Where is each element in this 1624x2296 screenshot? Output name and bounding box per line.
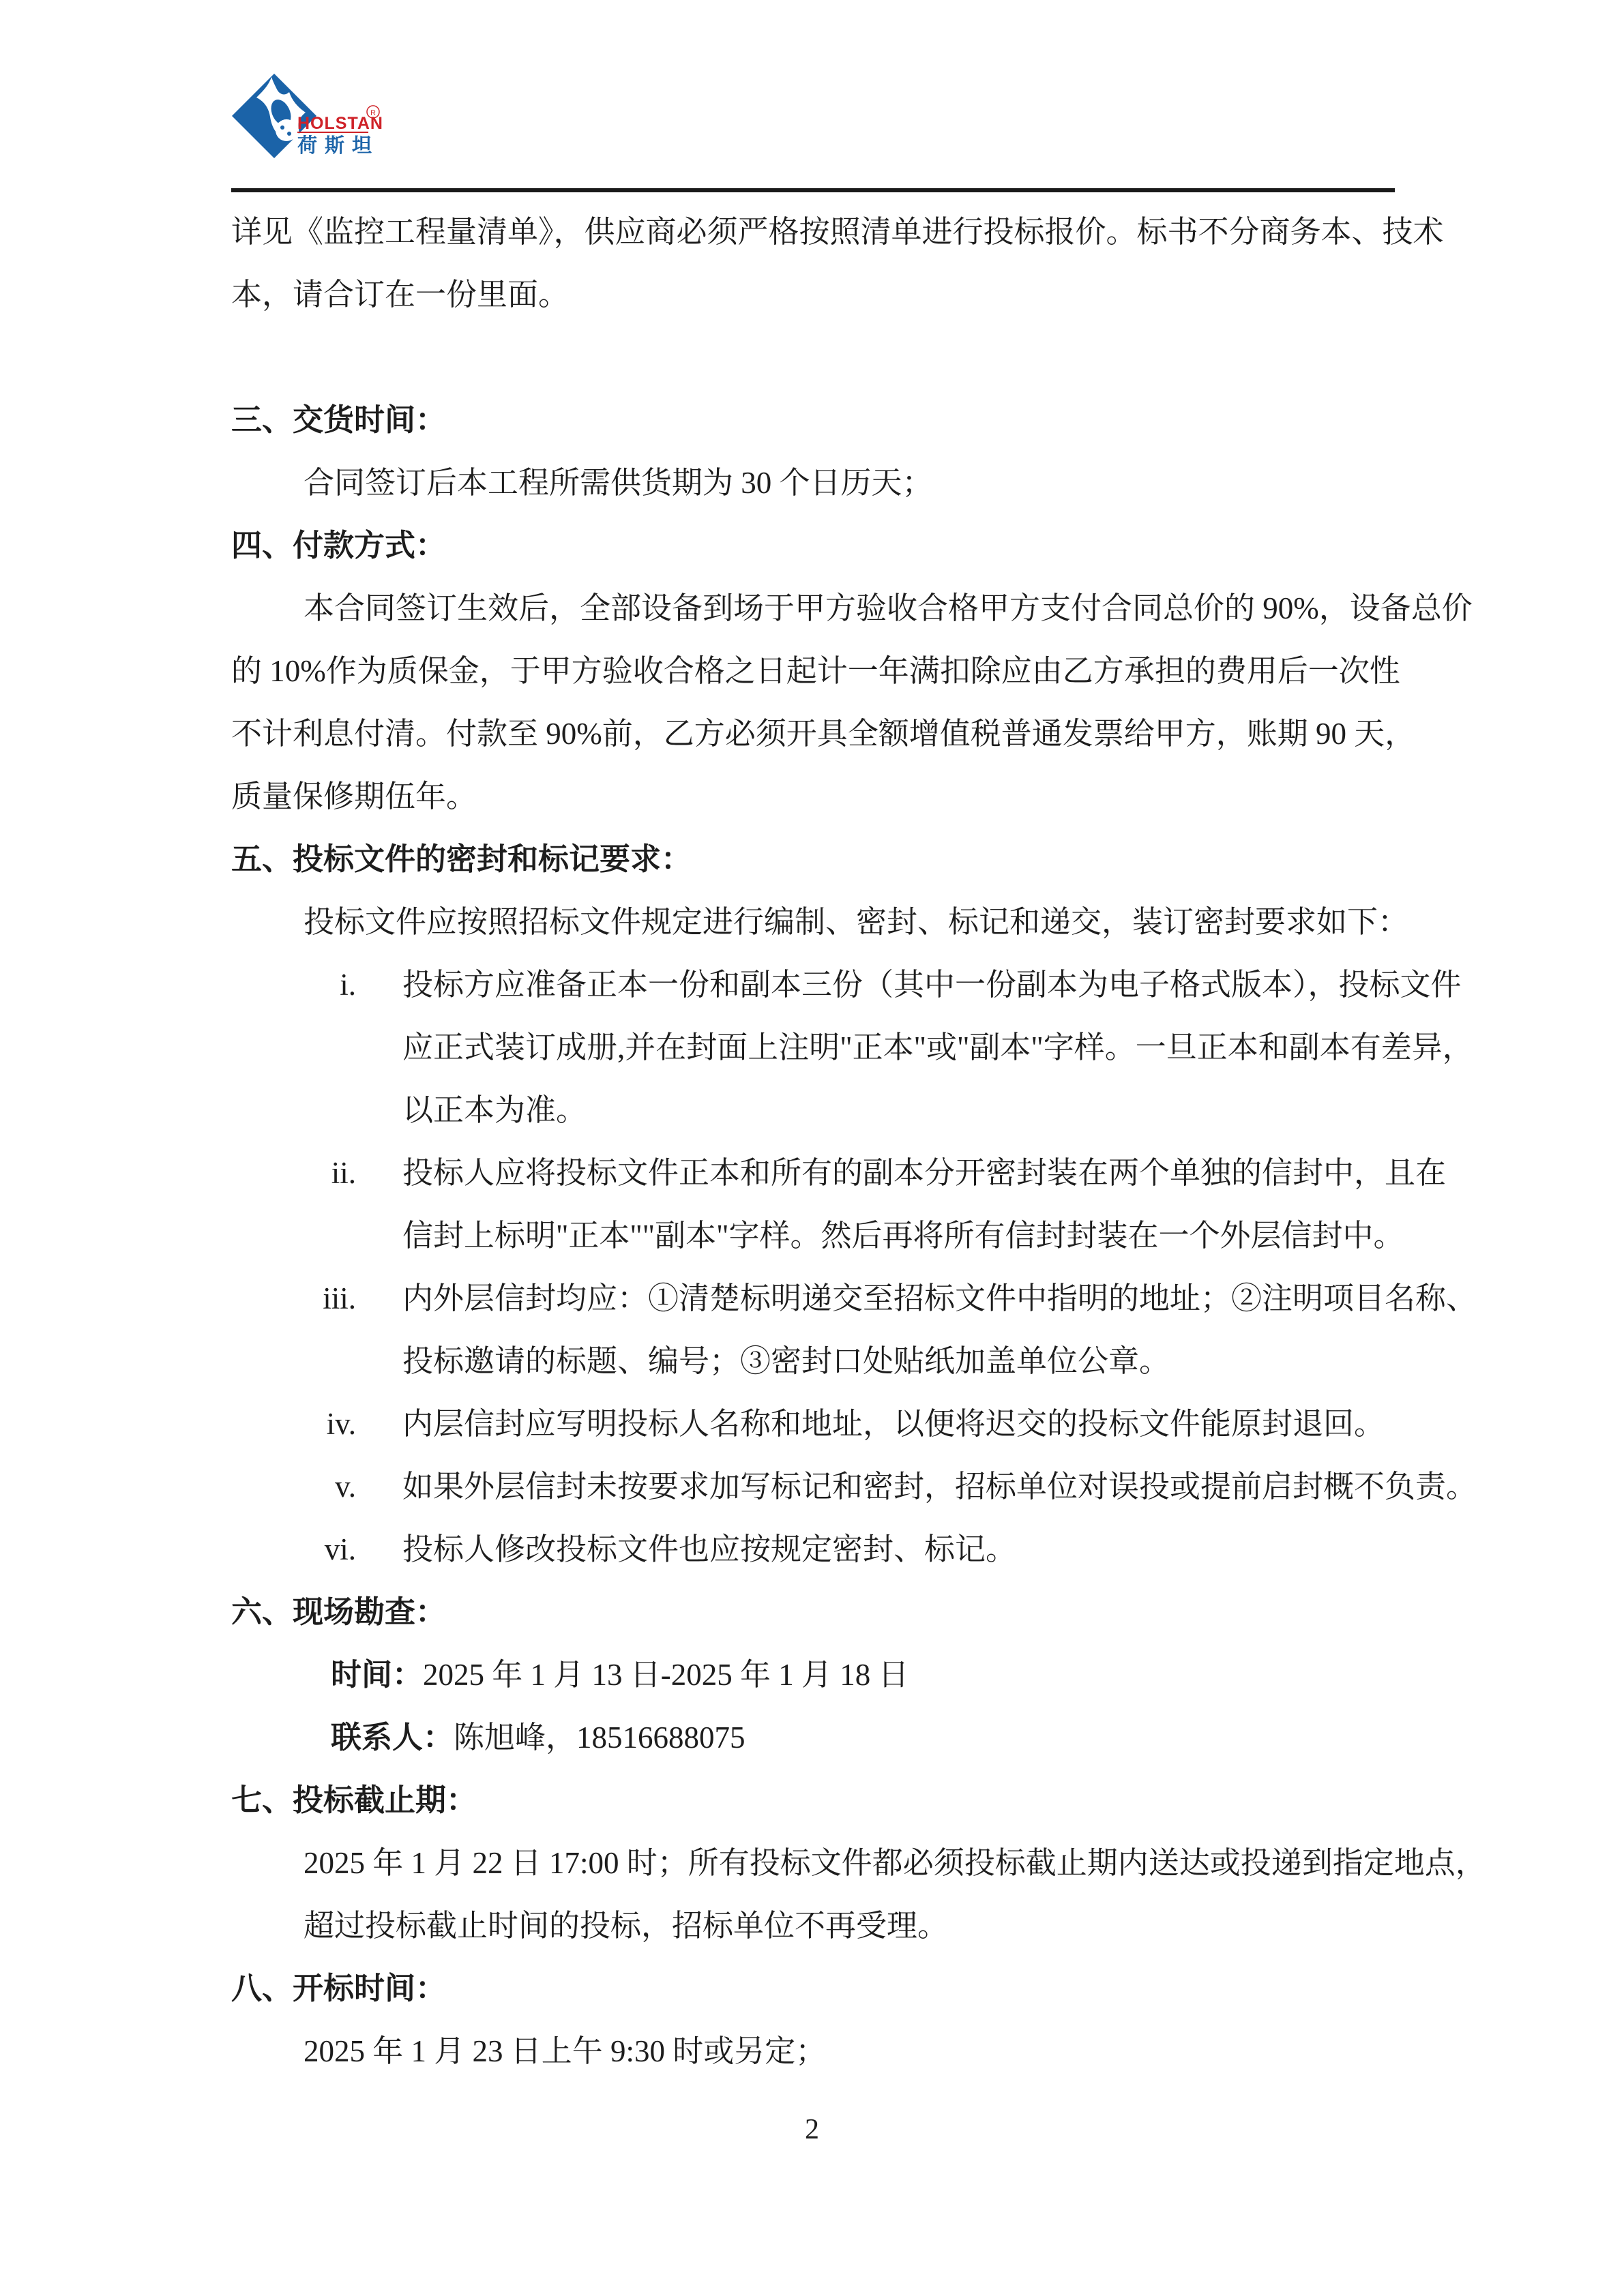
section-title: 付款方式： [293,528,446,563]
body-line: 本合同签订生效后，全部设备到场于甲方验收合格甲方支付合同总价的 90%，设备总价 [231,577,1395,640]
intro-line: 本，请合订在一份里面。 [231,263,1395,326]
section-number: 四、 [231,528,293,563]
section-title: 投标文件的密封和标记要求： [293,842,692,876]
header-divider [231,188,1395,192]
section-heading: 四、付款方式： [231,514,1395,577]
list-marker: ii. [231,1142,356,1204]
list-item-text: 应正式装订成册,并在封面上注明"正本"或"副本"字样。一旦正本和副本有差异， [231,1016,1473,1079]
list-item-text: 信封上标明"正本""副本"字样。然后再将所有信封封装在一个外层信封中。 [231,1204,1404,1267]
section-heading: 七、投标截止期： [231,1769,1395,1832]
section-title: 开标时间： [293,1971,446,2006]
section-number: 七、 [231,1783,293,1817]
section-heading: 五、投标文件的密封和标记要求： [231,828,1395,891]
field-label: 联系人： [331,1720,454,1755]
section-heading: 八、开标时间： [231,1957,1395,2020]
list-item-continuation: 应正式装订成册,并在封面上注明"正本"或"副本"字样。一旦正本和副本有差异， [231,1016,1395,1079]
list-item-text: 内层信封应写明投标人名称和地址，以便将迟交的投标文件能原封退回。 [231,1392,1385,1455]
section-heading: 三、交货时间： [231,389,1395,451]
logo-underline [297,132,368,133]
cow-nostril [287,132,291,136]
field-value: 陈旭峰，18516688075 [454,1720,745,1755]
cow-muzzle [276,119,297,141]
cow-nostril [280,125,284,130]
body-line: 合同签订后本工程所需供货期为 30 个日历天； [231,451,1395,514]
list-item-text: 投标方应准备正本一份和副本三份（其中一份副本为电子格式版本），投标文件 [231,953,1462,1016]
list-item-text: 以正本为准。 [231,1079,587,1142]
list-item: v.如果外层信封未按要求加写标记和密封，招标单位对误投或提前启封概不负责。 [231,1455,1395,1518]
body-line: 不计利息付清。付款至 90%前，乙方必须开具全额增值税普通发票给甲方，账期 90… [231,702,1395,765]
section-number: 三、 [231,403,293,437]
company-logo: HOLSTAN R 荷斯坦 [232,70,389,166]
section-number: 八、 [231,1971,293,2006]
document-page: HOLSTAN R 荷斯坦 详见《监控工程量清单》，供应商必须严格按照清单进行投… [0,0,1624,2296]
body-line: 2025 年 1 月 22 日 17:00 时；所有投标文件都必须投标截止期内送… [231,1832,1395,1894]
list-marker: iv. [231,1392,356,1455]
section-title: 交货时间： [293,403,446,437]
list-marker: v. [231,1455,356,1518]
body-line: 的 10%作为质保金，于甲方验收合格之日起计一年满扣除应由乙方承担的费用后一次性 [231,640,1395,702]
list-item-text: 投标邀请的标题、编号；③密封口处贴纸加盖单位公章。 [231,1330,1170,1392]
page-number: 2 [0,2113,1624,2147]
registered-mark-letter: R [370,109,376,117]
body-line: 投标文件应按照招标文件规定进行编制、密封、标记和递交，装订密封要求如下： [231,891,1395,953]
field-label: 时间： [331,1658,423,1692]
key-value-line: 时间：2025 年 1 月 13 日-2025 年 1 月 18 日 [231,1643,1395,1706]
body-line: 2025 年 1 月 23 日上午 9:30 时或另定； [231,2020,1395,2083]
document-body: 详见《监控工程量清单》，供应商必须严格按照清单进行投标报价。标书不分商务本、技术… [231,200,1395,2083]
section-title: 现场勘查： [293,1595,446,1629]
list-item: ii.投标人应将投标文件正本和所有的副本分开密封装在两个单独的信封中，且在 [231,1142,1395,1204]
body-line: 质量保修期伍年。 [231,765,1395,828]
list-item-continuation: 投标邀请的标题、编号；③密封口处贴纸加盖单位公章。 [231,1330,1395,1392]
list-item-text: 如果外层信封未按要求加写标记和密封，招标单位对误投或提前启封概不负责。 [231,1455,1477,1518]
list-item: vi.投标人修改投标文件也应按规定密封、标记。 [231,1518,1395,1581]
list-item-continuation: 信封上标明"正本""副本"字样。然后再将所有信封封装在一个外层信封中。 [231,1204,1395,1267]
key-value-line: 联系人：陈旭峰，18516688075 [231,1706,1395,1769]
body-line: 超过投标截止时间的投标，招标单位不再受理。 [231,1894,1395,1957]
section-heading: 六、现场勘查： [231,1581,1395,1643]
list-marker: iii. [231,1267,356,1330]
cow-horn [300,86,306,95]
section-number: 六、 [231,1595,293,1629]
list-item-text: 内外层信封均应：①清楚标明递交至招标文件中指明的地址；②注明项目名称、 [231,1267,1477,1330]
list-marker: vi. [231,1518,356,1581]
logo-brand-chinese: 荷斯坦 [297,134,379,157]
list-item-continuation: 以正本为准。 [231,1079,1395,1142]
section-number: 五、 [231,842,293,876]
list-item-text: 投标人应将投标文件正本和所有的副本分开密封装在两个单独的信封中，且在 [231,1142,1446,1204]
intro-line: 详见《监控工程量清单》，供应商必须严格按照清单进行投标报价。标书不分商务本、技术 [231,200,1395,263]
holstan-logo-graphic: HOLSTAN R 荷斯坦 [232,70,389,162]
section-title: 投标截止期： [293,1783,477,1817]
field-value: 2025 年 1 月 13 日-2025 年 1 月 18 日 [423,1658,909,1692]
list-item: iv.内层信封应写明投标人名称和地址，以便将迟交的投标文件能原封退回。 [231,1392,1395,1455]
list-item: iii.内外层信封均应：①清楚标明递交至招标文件中指明的地址；②注明项目名称、 [231,1267,1395,1330]
list-marker: i. [231,953,356,1016]
blank-line [231,326,1395,389]
list-item: i.投标方应准备正本一份和副本三份（其中一份副本为电子格式版本），投标文件 [231,953,1395,1016]
